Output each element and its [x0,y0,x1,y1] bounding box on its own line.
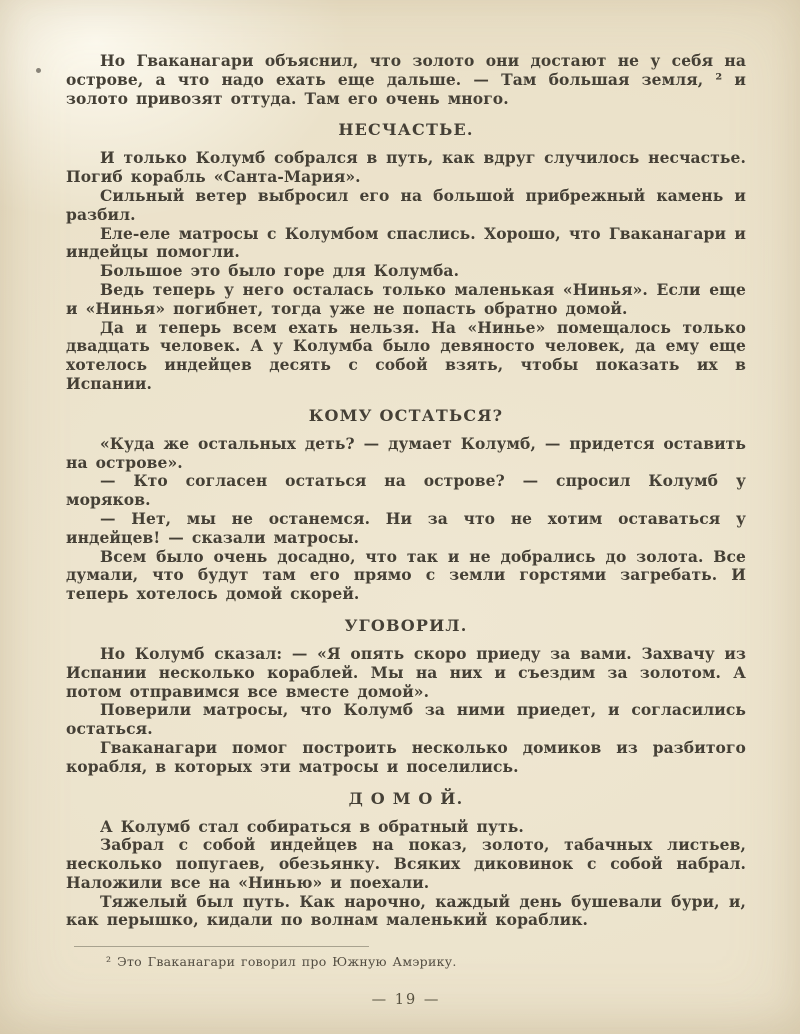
footnote-divider [74,946,369,947]
paragraph: А Колумб стал собираться в обратный путь… [66,818,746,837]
paragraph: Да и теперь всем ехать нельзя. На «Нинье… [66,319,746,394]
paragraph: Еле-еле матросы с Колумбом спаслись. Хор… [66,225,746,263]
section-heading-domoy: Д О М О Й. [66,790,746,808]
paragraph: Тяжелый был путь. Как нарочно, каждый де… [66,893,746,931]
paragraph: Но Колумб сказал: — «Я опять скоро приед… [66,645,746,701]
paragraph: И только Колумб собрался в путь, как вдр… [66,149,746,187]
paragraph: Всем было очень досадно, что так и не до… [66,548,746,604]
text-column: Но Гваканагари объяснил, что золото они … [66,52,746,1008]
paragraph: «Куда же остальных деть? — думает Колумб… [66,435,746,473]
book-page-scan: Но Гваканагари объяснил, что золото они … [0,0,800,1034]
section-heading-neschastye: НЕСЧАСТЬЕ. [66,121,746,139]
paragraph: — Кто согласен остаться на острове? — сп… [66,472,746,510]
paragraph: Сильный ветер выбросил его на большой пр… [66,187,746,225]
paragraph: — Нет, мы не останемся. Ни за что не хот… [66,510,746,548]
page-number: — 19 — [66,992,746,1008]
intro-paragraph: Но Гваканагари объяснил, что золото они … [66,52,746,108]
footnote-text: ² Это Гваканагари говорил про Южную Амэр… [106,954,746,970]
section-heading-komu-ostatsya: КОМУ ОСТАТЬСЯ? [66,407,746,425]
section-heading-ugovoril: УГОВОРИЛ. [66,617,746,635]
paragraph: Ведь теперь у него осталась только мален… [66,281,746,319]
paragraph: Забрал с собой индейцев на показ, золото… [66,836,746,892]
ink-speck [36,68,41,73]
paragraph: Поверили матросы, что Колумб за ними при… [66,701,746,739]
paragraph: Гваканагари помог построить несколько до… [66,739,746,777]
paragraph: Большое это было горе для Колумба. [66,262,746,281]
